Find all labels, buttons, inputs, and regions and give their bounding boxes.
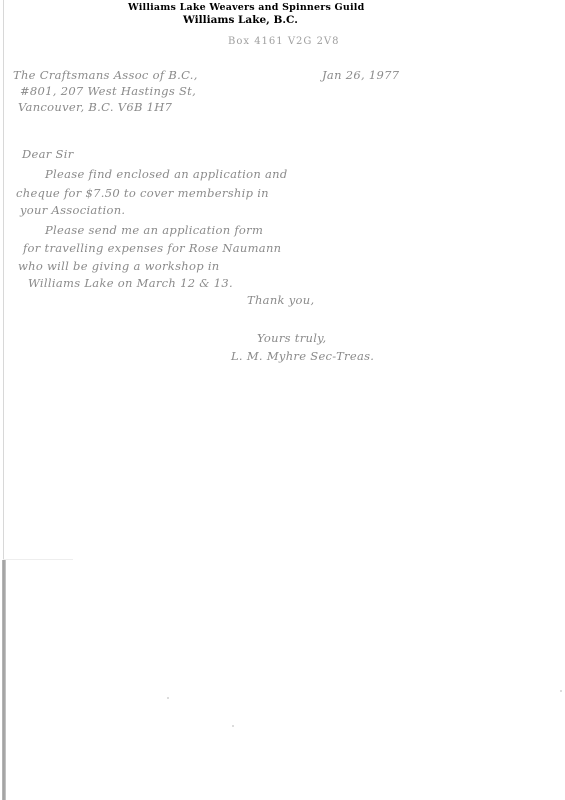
signature: L. M. Myhre Sec-Treas. (231, 349, 374, 363)
page-edge-shadow (3, 0, 4, 560)
recipient-line: #801, 207 West Hastings St, (20, 84, 196, 98)
body-line: your Association. (20, 203, 125, 217)
page-edge-shadow-dark (2, 560, 6, 800)
body-line: who will be giving a workshop in (18, 259, 220, 273)
scan-speck (232, 725, 234, 727)
scan-speck (167, 697, 169, 699)
letter-date: Jan 26, 1977 (322, 68, 399, 82)
body-line: Please send me an application form (45, 223, 263, 237)
recipient-line: Vancouver, B.C. V6B 1H7 (18, 100, 172, 114)
scan-speck (560, 690, 562, 692)
salutation: Dear Sir (22, 147, 74, 161)
letterhead-box-address: Box 4161 V2G 2V8 (228, 36, 340, 47)
letterhead-organization: Williams Lake Weavers and Spinners Guild (128, 2, 408, 13)
recipient-line: The Craftsmans Assoc of B.C., (13, 68, 198, 82)
body-line: for travelling expenses for Rose Naumann (23, 241, 281, 255)
body-line: cheque for $7.50 to cover membership in (16, 186, 269, 200)
body-line: Please find enclosed an application and (45, 167, 288, 181)
letterhead-location: Williams Lake, B.C. (183, 14, 298, 26)
thanks-line: Thank you, (247, 293, 314, 307)
body-line: Williams Lake on March 12 & 13. (28, 276, 233, 290)
scan-fold-line (3, 559, 73, 560)
closing: Yours truly, (257, 331, 326, 345)
